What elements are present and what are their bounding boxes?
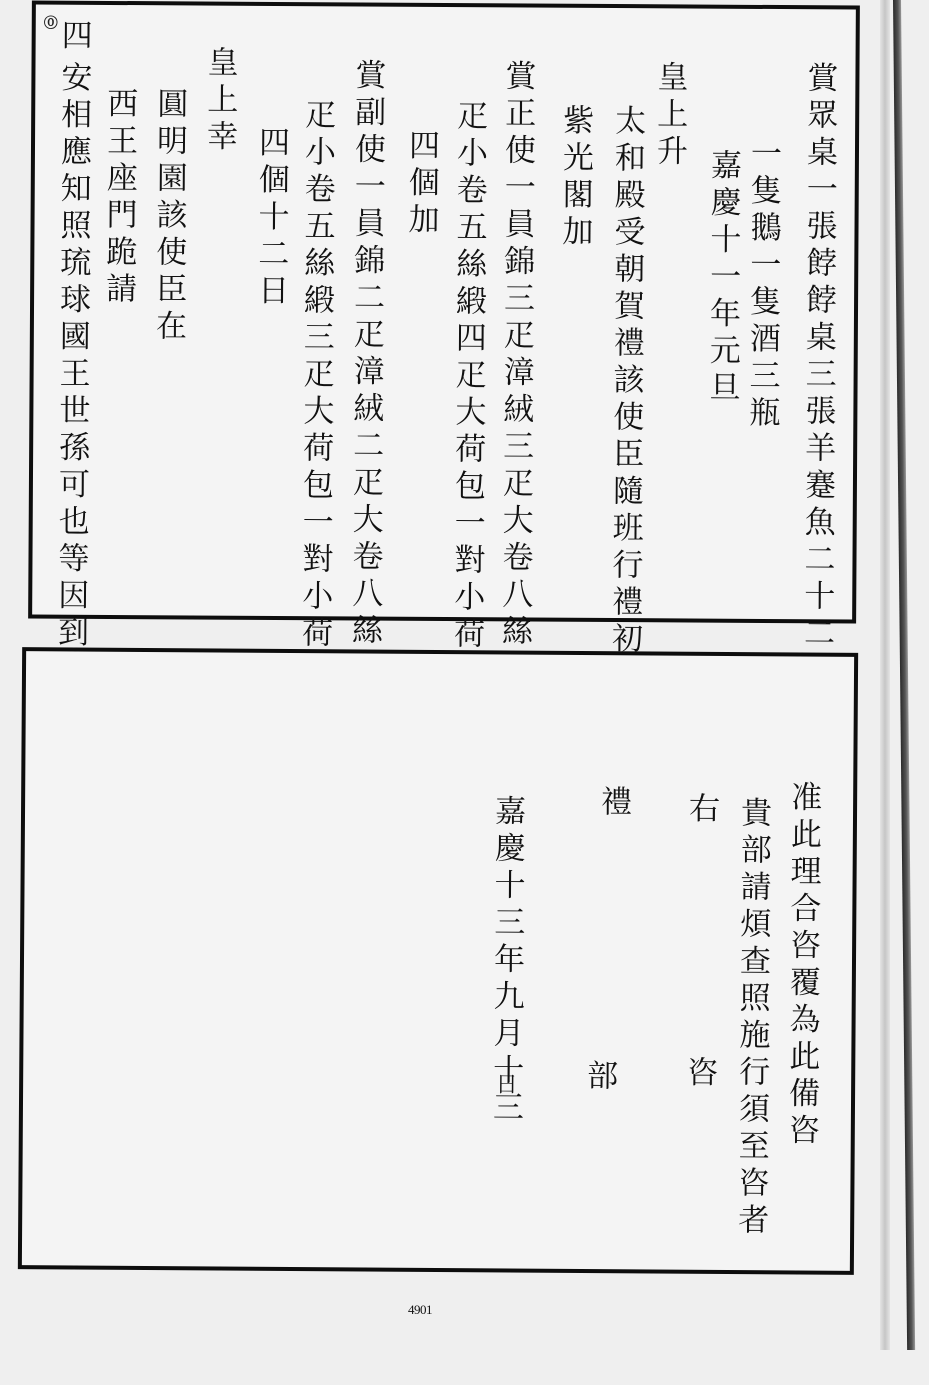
text-column-14: 圓明園該使臣在 [152, 87, 185, 346]
document-panel-bottom: 准此理合咨覆為此備咨 貴部請煩查照施行須至咨者 右 咨 禮 部 嘉慶十三年九月十… [18, 647, 858, 1275]
text-column-17: 安相應知照琉球國王世孫可也等因到國 [54, 61, 89, 690]
text-column-2: 一隻鵝一隻酒三瓶 [745, 137, 778, 433]
text-column-15: 西王座門跪請 [102, 87, 134, 309]
text-column-b2: 貴部請煩查照施行須至咨者 [734, 796, 768, 1240]
text-column-4: 皇上升 [653, 60, 685, 171]
text-column-7: 賞正使一員錦三疋漳絨三疋大卷八絲緞四 [497, 59, 532, 725]
text-column-b3: 右 [685, 792, 716, 829]
book-spine-shadow [893, 0, 915, 1350]
text-column-b3-zi: 咨 [683, 1056, 714, 1093]
text-column-b4-li: 禮 [597, 785, 628, 822]
text-column-3: 嘉慶十一年元旦 [705, 149, 738, 408]
text-column-b4-bu: 部 [583, 1059, 614, 1096]
text-column-b1: 准此理合咨覆為此備咨 [785, 780, 819, 1150]
text-column-b5-ri: 日 [493, 1072, 515, 1100]
text-column-9: 四個加 [404, 129, 436, 240]
text-column-10: 賞副使一員錦二疋漳絨二疋大卷八絲緞三 [347, 58, 382, 724]
text-column-5: 太和殿受朝賀禮該使臣隨班行禮初五日 [607, 104, 642, 733]
text-column-11: 疋小卷五絲緞三疋大荷包一對小荷包 [298, 98, 333, 690]
text-column-13: 皇上幸 [203, 46, 235, 157]
text-column-1: 賞眾桌一張餑餑桌三張羊蹇魚二十二尾鷄 [799, 61, 834, 727]
document-panel-top: ⓪ 賞眾桌一張餑餑桌三張羊蹇魚二十二尾鷄 一隻鵝一隻酒三瓶 嘉慶十一年元旦 皇上… [28, 0, 860, 623]
text-column-12: 四個十二日 [254, 126, 286, 311]
book-spine-highlight [880, 0, 890, 1350]
page-number: 4901 [408, 1302, 432, 1318]
text-column-6: 紫光閣加 [558, 104, 590, 252]
text-column-16: 四 [58, 19, 89, 56]
text-column-8: 疋小卷五絲緞四疋大荷包一對小荷包 [450, 99, 485, 691]
